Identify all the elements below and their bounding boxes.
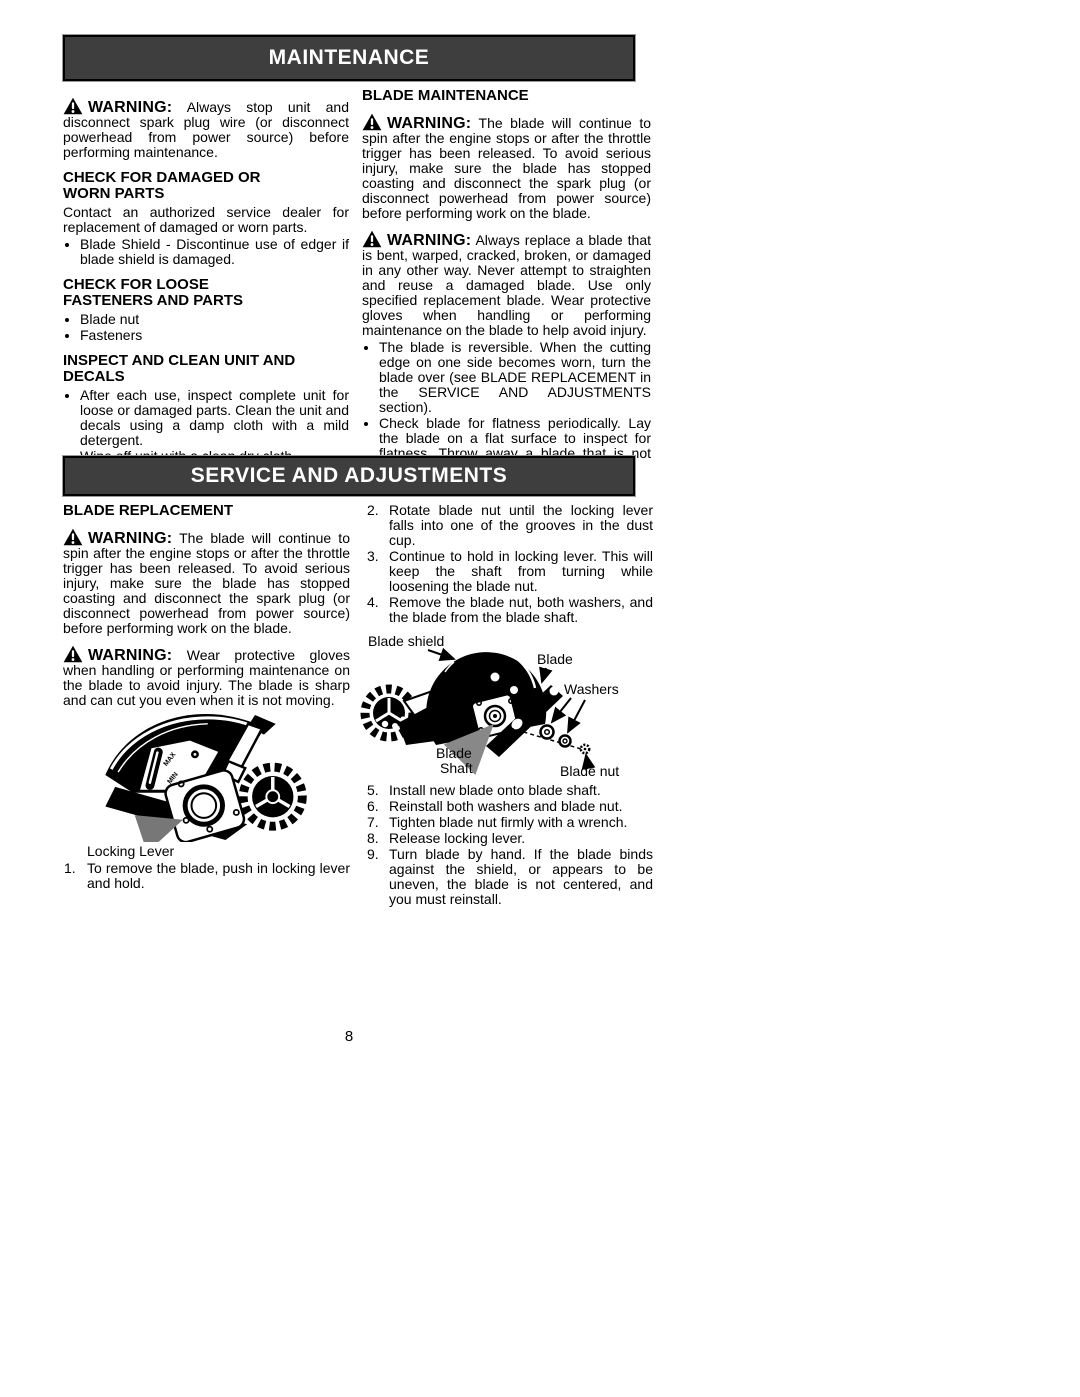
heading-check-loose: CHECK FOR LOOSE FASTENERS AND PARTS bbox=[63, 277, 349, 309]
step-text: To remove the blade, push in locking lev… bbox=[87, 860, 350, 891]
list-item: Blade nut bbox=[80, 312, 349, 327]
washers-label: Washers bbox=[564, 681, 619, 697]
warning-replace-blade: WARNING: Always replace a blade that is … bbox=[362, 230, 651, 338]
step-number: 9. bbox=[367, 847, 379, 862]
step-item: 3. Continue to hold in locking lever. Th… bbox=[362, 549, 653, 594]
step-number: 6. bbox=[367, 799, 379, 814]
blade-shield-label: Blade shield bbox=[368, 633, 444, 649]
step-text: Turn blade by hand. If the blade binds a… bbox=[389, 846, 653, 907]
step-item: 4. Remove the blade nut, both washers, a… bbox=[362, 595, 653, 625]
list-item: Blade Shield - Discontinue use of edger … bbox=[80, 237, 349, 267]
blade-nut-shape bbox=[581, 745, 589, 753]
blade-shaft-label-line2: Shaft bbox=[440, 760, 473, 776]
step-item: 1. To remove the blade, push in locking … bbox=[63, 861, 350, 891]
heading-blade-maintenance: BLADE MAINTENANCE bbox=[362, 88, 651, 104]
list-item: The blade is reversible. When the cuttin… bbox=[379, 340, 651, 415]
wheel-shape bbox=[243, 767, 302, 826]
step-number: 1. bbox=[64, 861, 76, 876]
fig1-caption: Locking Lever bbox=[87, 844, 350, 859]
warning-blade-spin-2: WARNING: The blade will continue to spin… bbox=[63, 528, 350, 636]
step-item: 2. Rotate blade nut until the locking le… bbox=[362, 503, 653, 548]
warning-blade-spin: WARNING: The blade will continue to spin… bbox=[362, 113, 651, 221]
step-text: Reinstall both washers and blade nut. bbox=[389, 798, 622, 814]
step-text: Rotate blade nut until the locking lever… bbox=[389, 502, 653, 548]
warning-gloves: WARNING: Wear protective gloves when han… bbox=[63, 645, 350, 708]
section-header-service: SERVICE AND ADJUSTMENTS bbox=[63, 456, 635, 496]
warning-triangle-icon bbox=[362, 230, 382, 248]
step-text: Install new blade onto blade shaft. bbox=[389, 782, 601, 798]
step-item: 7. Tighten blade nut firmly with a wrenc… bbox=[362, 815, 653, 830]
step-item: 5. Install new blade onto blade shaft. bbox=[362, 783, 653, 798]
blade-label: Blade bbox=[537, 651, 573, 667]
section-header-maintenance: MAINTENANCE bbox=[63, 35, 635, 81]
warning-text: The blade will continue to spin after th… bbox=[362, 115, 651, 221]
list-item: Fasteners bbox=[80, 328, 349, 343]
step-number: 5. bbox=[367, 783, 379, 798]
heading-check-damaged: CHECK FOR DAMAGED OR WORN PARTS bbox=[63, 170, 349, 202]
warning-text: Always replace a blade that is bent, war… bbox=[362, 232, 651, 338]
blade-assembly-illustration: Blade shield Blade Washers Blade Shaft B… bbox=[358, 627, 652, 781]
step-text: Continue to hold in locking lever. This … bbox=[389, 548, 653, 594]
maintenance-left-column: WARNING: Always stop unit and disconnect… bbox=[63, 97, 349, 465]
step-text: Tighten blade nut firmly with a wrench. bbox=[389, 814, 627, 830]
step-number: 7. bbox=[367, 815, 379, 830]
step-number: 4. bbox=[367, 595, 379, 610]
blade-nut-label: Blade nut bbox=[560, 763, 619, 779]
heading-blade-replacement: BLADE REPLACEMENT bbox=[63, 503, 350, 519]
manual-page: MAINTENANCE WARNING: Always stop unit an… bbox=[0, 0, 1080, 1397]
inspect-clean-list: After each use, inspect complete unit fo… bbox=[63, 388, 349, 464]
paragraph-check-damaged: Contact an authorized service dealer for… bbox=[63, 205, 349, 235]
step-number: 3. bbox=[367, 549, 379, 564]
service-left-column: BLADE REPLACEMENT WARNING: The blade wil… bbox=[63, 503, 350, 892]
step-item: 9. Turn blade by hand. If the blade bind… bbox=[362, 847, 653, 907]
maintenance-title: MAINTENANCE bbox=[269, 46, 430, 69]
warning-text: The blade will continue to spin after th… bbox=[63, 530, 350, 636]
step-number: 8. bbox=[367, 831, 379, 846]
step-item: 6. Reinstall both washers and blade nut. bbox=[362, 799, 653, 814]
page-number: 8 bbox=[63, 1028, 635, 1045]
step-number: 2. bbox=[367, 503, 379, 518]
warning-stop-unit: WARNING: Always stop unit and disconnect… bbox=[63, 97, 349, 160]
warning-triangle-icon bbox=[63, 97, 83, 115]
step-item: 8. Release locking lever. bbox=[362, 831, 653, 846]
edger-head-illustration: MAX MIN bbox=[99, 712, 351, 842]
step-text: Remove the blade nut, both washers, and … bbox=[389, 594, 653, 625]
blade-shaft-label-line1: Blade bbox=[436, 745, 472, 761]
service-right-column: 2. Rotate blade nut until the locking le… bbox=[362, 503, 653, 908]
service-title: SERVICE AND ADJUSTMENTS bbox=[191, 464, 507, 487]
damaged-parts-list: Blade Shield - Discontinue use of edger … bbox=[63, 237, 349, 267]
loose-fasteners-list: Blade nut Fasteners bbox=[63, 312, 349, 343]
maintenance-right-column: BLADE MAINTENANCE WARNING: The blade wil… bbox=[362, 88, 651, 477]
step-text: Release locking lever. bbox=[389, 830, 525, 846]
warning-triangle-icon bbox=[63, 528, 83, 546]
washers-shape bbox=[541, 726, 571, 747]
list-item: After each use, inspect complete unit fo… bbox=[80, 388, 349, 448]
warning-triangle-icon bbox=[63, 645, 83, 663]
warning-triangle-icon bbox=[362, 113, 382, 131]
heading-inspect-clean: INSPECT AND CLEAN UNIT AND DECALS bbox=[63, 353, 349, 385]
